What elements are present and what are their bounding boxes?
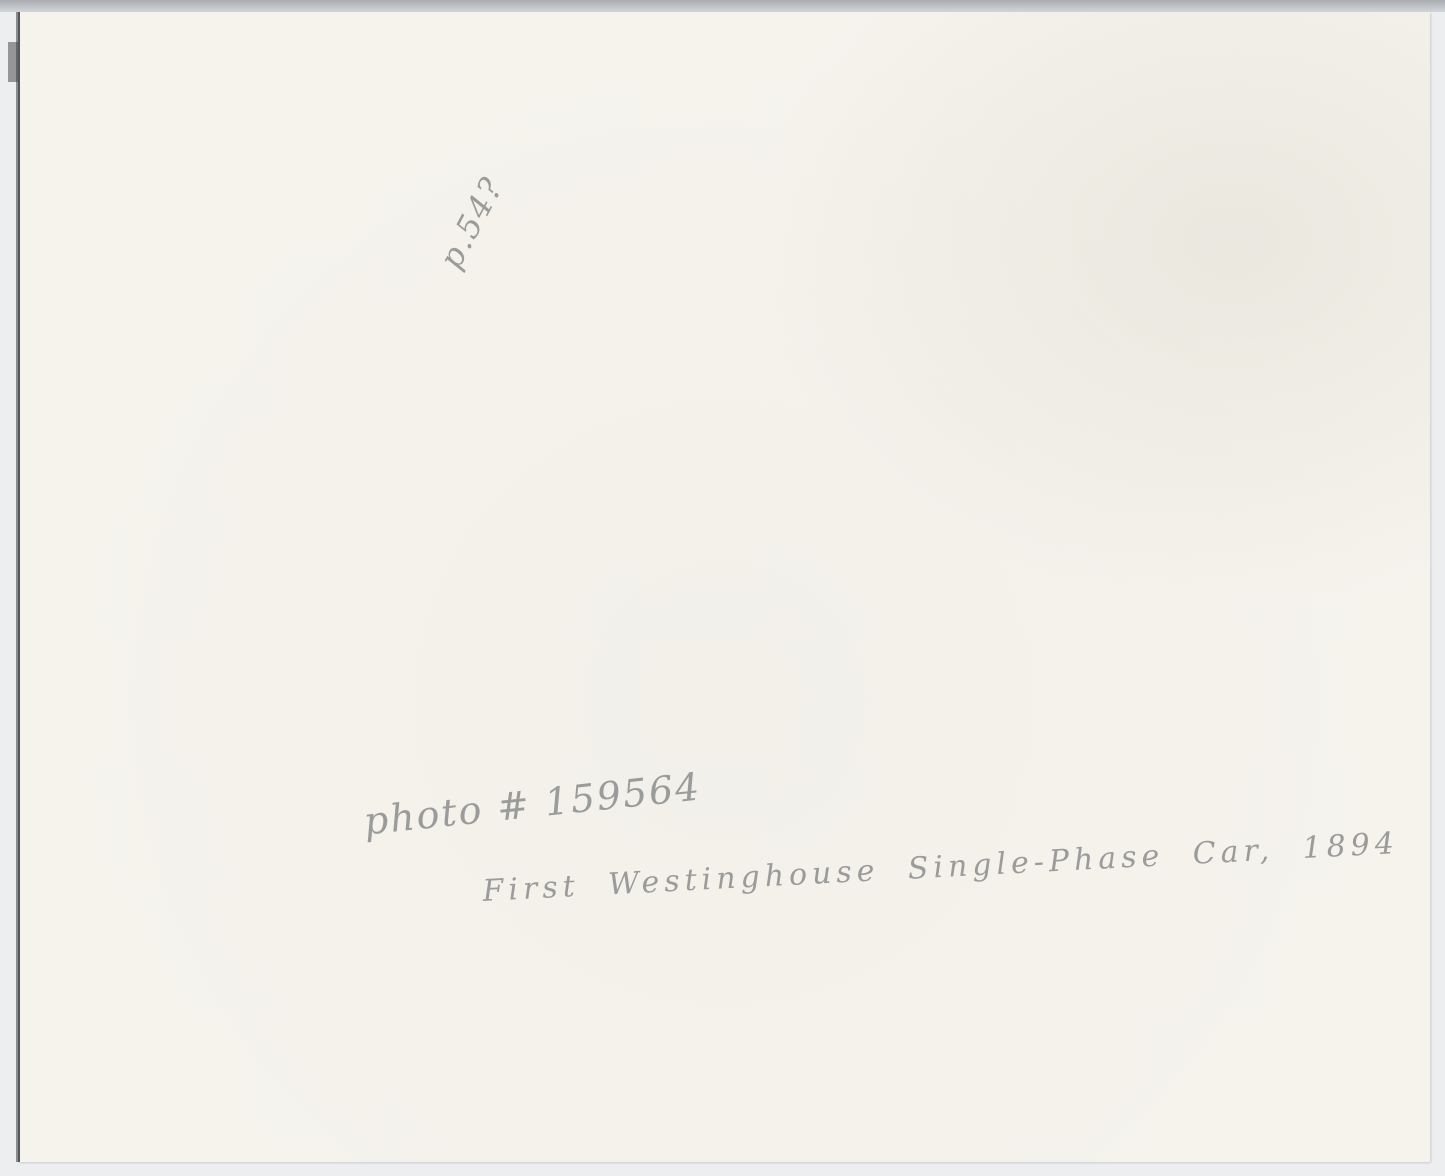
page-reference-note: p.54? (431, 170, 511, 275)
photo-back-paper: p.54? photo # 159564 First Westinghouse … (18, 12, 1430, 1162)
scanner-edge (0, 0, 1445, 12)
caption-note: First Westinghouse Single-Phase Car, 189… (482, 826, 1400, 909)
photo-number-note: photo # 159564 (362, 764, 704, 843)
